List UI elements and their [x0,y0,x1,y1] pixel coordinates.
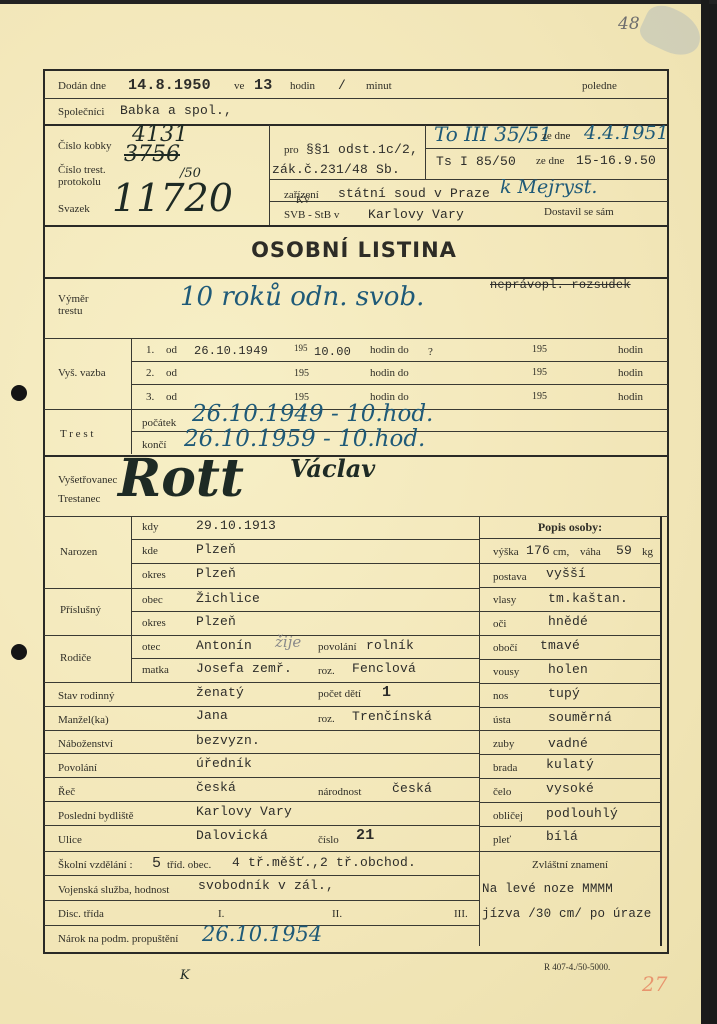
rule [44,516,668,517]
vazba-time: 10.00 [314,345,351,359]
roz-label: roz. [318,713,335,725]
stav-label: Stav rodinný [58,690,115,702]
rule [44,682,479,683]
nepravopl-text: neprávopl. rozsudek [490,278,631,292]
rule [269,179,668,180]
disc-option-2: II. [332,908,342,920]
popis-label: čelo [493,786,511,798]
rule [131,384,668,385]
dostavil-label: Dostavil se sám [544,206,614,218]
hodin-do-label: hodin do [370,367,409,379]
popis-title: Popis osoby: [480,520,660,535]
rule [660,516,662,946]
popis-value: tmavé [540,638,580,653]
manzel-value: Jana [196,708,228,723]
vazba-year2: 195 [532,391,547,402]
matka-roz-value: Fenclová [352,661,416,676]
rule [131,611,479,612]
rec-label: Řeč [58,786,75,798]
scan-edge-right [701,0,709,1024]
hodin-label: hodin [618,367,643,379]
manzel-roz-value: Trenčínská [352,709,432,724]
zakon-value: zák.č.231/48 Sb. [272,162,400,177]
vazba-row-num: 1. [146,344,154,356]
form-code: R 407-4./50-5000. [544,962,610,972]
ze-dne-2: 15-16.9.50 [576,153,656,168]
vymer-label-2: trestu [58,305,82,317]
rule [480,659,660,660]
popis-value: tm.kaštan. [548,591,628,606]
otec-note: žije [275,633,301,651]
svb-correction: KV [296,195,310,206]
rule [131,338,132,454]
okres-label: okres [142,569,166,581]
vymer-value: 10 roků odn. svob. [180,282,424,312]
kde-value: Plzeň [196,542,236,557]
hodin-label: hodin [618,391,643,403]
popis-value: holen [548,662,588,677]
vazba-label: Vyš. vazba [58,367,106,379]
rule [44,338,668,339]
protokol-number: 11720 [112,176,233,220]
pocatek-label: počátek [142,417,176,429]
protokol-suffix: /50 [180,166,201,181]
punch-hole [11,385,27,401]
rule [131,563,479,564]
narodnost-value: česká [392,781,432,796]
narozen-okres-value: Plzeň [196,566,236,581]
cislo-trest-label: Číslo trest. [58,164,106,176]
vyska-label: výška [493,546,519,558]
ze-dne-label-2: ze dne [536,155,564,167]
vazba-year2: 195 [532,344,547,355]
trestanec-label: Trestanec [58,493,100,505]
zvlastni-line-2: jízva /30 cm/ po úraze [482,907,651,921]
popis-value: vysoké [546,781,594,796]
rule [480,802,660,803]
pocet-deti-value: 1 [382,684,391,701]
rule [44,825,479,826]
ve-label: ve [234,80,244,92]
vazba-od-label: od [166,391,177,403]
vaha-value: 59 [616,543,632,558]
popis-label: pleť [493,834,511,846]
bydliste-value: Karlovy Vary [196,804,292,819]
rule [131,658,479,659]
spolecnici-value: Babka a spol., [120,103,232,118]
dodan-label: Dodán dne [58,80,106,92]
pocet-deti-label: počet dětí [318,688,361,700]
popis-label: vlasy [493,594,516,606]
vazba-date: 26.10.1949 [194,344,268,358]
cislo-label: číslo [318,834,339,846]
zvlastni-line-1: Na levé noze MMMM [482,882,613,896]
vazba-do-value: ? [428,346,433,358]
ze-dne-label-1: ze dne [542,130,570,142]
svazek-label: Svazek [58,203,90,215]
otec-povolani-label: povolání [318,641,357,653]
bottom-mark: K [180,968,190,983]
rule [44,225,668,227]
vojenska-label: Vojenská služba, hodnost [58,884,169,896]
ulice-value: Dalovická [196,828,268,843]
vazba-year2: 195 [532,367,547,378]
prislusny-okres-value: Plzeň [196,614,236,629]
rule [425,148,668,149]
obec-value: Žichlice [196,591,260,606]
popis-value: vadné [548,736,588,751]
rule [480,587,660,588]
rule [44,588,479,589]
otec-label: otec [142,641,160,653]
matka-label: matka [142,664,169,676]
rule [480,851,660,852]
rule [44,706,479,707]
dodan-date: 14.8.1950 [128,77,211,94]
vzdelani-obec-label: tříd. obec. [167,859,211,871]
prislusny-label: Příslušný [60,604,101,616]
hour-slash: / [338,78,346,93]
vzdelani-tried-value: 5 [152,855,161,872]
vyska-value: 176 [526,543,550,558]
disc-label: Disc. třída [58,908,104,920]
rule [480,707,660,708]
kdy-label: kdy [142,521,159,533]
popis-value: podlouhlý [546,806,618,821]
ve-hour: 13 [254,77,272,94]
povolani-label: Povolání [58,762,97,774]
vojenska-value: svobodník v zál., [198,878,334,893]
poledne-label: poledne [582,80,617,92]
surname: Rott [118,448,244,509]
vysetrovanec-label: Vyšetřovanec [58,474,117,486]
vymer-label-1: Výměr [58,293,89,305]
rule [131,539,479,540]
given-name: Václav [290,454,375,483]
matka-value: Josefa zemř. [196,661,292,676]
vazba-od-label: od [166,344,177,356]
rule [480,754,660,755]
ulice-label: Ulice [58,834,82,846]
cislo-value: 21 [356,827,374,844]
nabozenstvi-label: Náboženství [58,738,113,750]
hodin-label: hodin [618,344,643,356]
document-page: 48 Dodán dne 14.8.1950 ve 13 hodin / min… [0,0,709,1024]
paragraph-value: §§1 odst.1c/2, [306,142,418,157]
otec-povolani-value: rolník [366,638,414,653]
kde-label: kde [142,545,158,557]
vazba-row-num: 2. [146,367,154,379]
rule [44,875,479,876]
vzdelani-label: Školní vzdělání : [58,859,133,871]
popis-label: nos [493,690,508,702]
rule [44,801,479,802]
orange-mark: 27 [642,972,667,996]
rule [480,538,660,539]
rule [480,611,660,612]
rule [44,777,479,778]
page-number: 48 [618,14,640,34]
cislo-kobky-label: Číslo kobky [58,140,111,152]
svb-label: SVB - StB v [284,209,339,221]
roz-label: roz. [318,665,335,677]
disc-option-3: III. [454,908,468,920]
obec-label: obec [142,594,163,606]
ts-ref: Ts I 85/50 [436,154,516,169]
rule [44,851,479,852]
pocatek-value: 26.10.1949 - 10.hod. [192,401,433,427]
otec-value: Antonín [196,638,252,653]
povolani-value: úředník [196,756,252,771]
pro-label: pro [284,144,299,156]
vazba-year: 195 [294,368,309,379]
bydliste-label: Poslední bydliště [58,810,133,822]
svb-value: Karlovy Vary [368,207,464,222]
vaha-label: váha [580,546,601,558]
zarizeni-handwritten: k Mejryst. [500,176,597,198]
rule [269,125,270,225]
rule [479,516,480,946]
narok-label: Nárok na podm. propuštění [58,933,178,945]
vzdelani-value: 4 tř.měšť.,2 tř.obchod. [232,855,416,870]
rule [480,683,660,684]
spis-handwritten: To III 35/51 [434,122,552,146]
stav-value: ženatý [196,685,244,700]
ze-dne-1: 4.4.1951 [584,122,669,144]
scan-edge-top [0,0,717,4]
vazba-row-num: 3. [146,391,154,403]
zarizeni-value: státní soud v Praze [338,186,490,201]
disc-option-1: I. [218,908,224,920]
cislo-kobky-old: 3756 [124,142,180,167]
manzel-label: Manžel(ka) [58,714,109,726]
popis-value: tupý [548,686,580,701]
spolecnici-label: Společníci [58,106,104,118]
popis-label: obočí [493,642,517,654]
popis-label: obličej [493,810,523,822]
popis-label: vousy [493,666,519,678]
rule [480,563,660,564]
rule [44,730,479,731]
popis-value: vyšší [546,566,586,581]
narok-value: 26.10.1954 [202,922,322,946]
kdy-value: 29.10.1913 [196,518,276,533]
cm-label: cm, [553,546,569,558]
zvlastni-label: Zvláštní znamení [480,859,660,871]
rule [44,753,479,754]
hodin-do-label: hodin do [370,344,409,356]
narozen-label: Narozen [60,546,97,558]
popis-value: bílá [546,829,578,844]
nabozenstvi-value: bezvyzn. [196,733,260,748]
popis-label: oči [493,618,506,630]
rule [131,361,668,362]
popis-label: ústa [493,714,511,726]
vazba-year: 195 [294,343,308,353]
rule [480,778,660,779]
kg-label: kg [642,546,653,558]
popis-label: brada [493,762,517,774]
popis-value: kulatý [546,757,594,772]
popis-label: zuby [493,738,514,750]
rodice-label: Rodiče [60,652,91,664]
rule [480,635,660,636]
narodnost-label: národnost [318,786,361,798]
rule [44,900,479,901]
protokolu-label: protokolu [58,176,101,188]
rule [480,826,660,827]
minut-label: minut [366,80,392,92]
rule [44,635,479,636]
vazba-od-label: od [166,367,177,379]
punch-hole [11,644,27,660]
popis-value: souměrná [548,710,612,725]
trest-label: T r e s t [60,428,93,440]
popis-label: postava [493,571,527,583]
popis-value: hnědé [548,614,588,629]
rule [44,98,668,99]
hodin-label: hodin [290,80,315,92]
rule [480,730,660,731]
form-title: OSOBNÍ LISTINA [44,238,664,262]
rec-value: česká [196,780,236,795]
water-stain [636,0,708,63]
rule [269,201,668,202]
okres-label: okres [142,617,166,629]
rule [425,125,426,180]
